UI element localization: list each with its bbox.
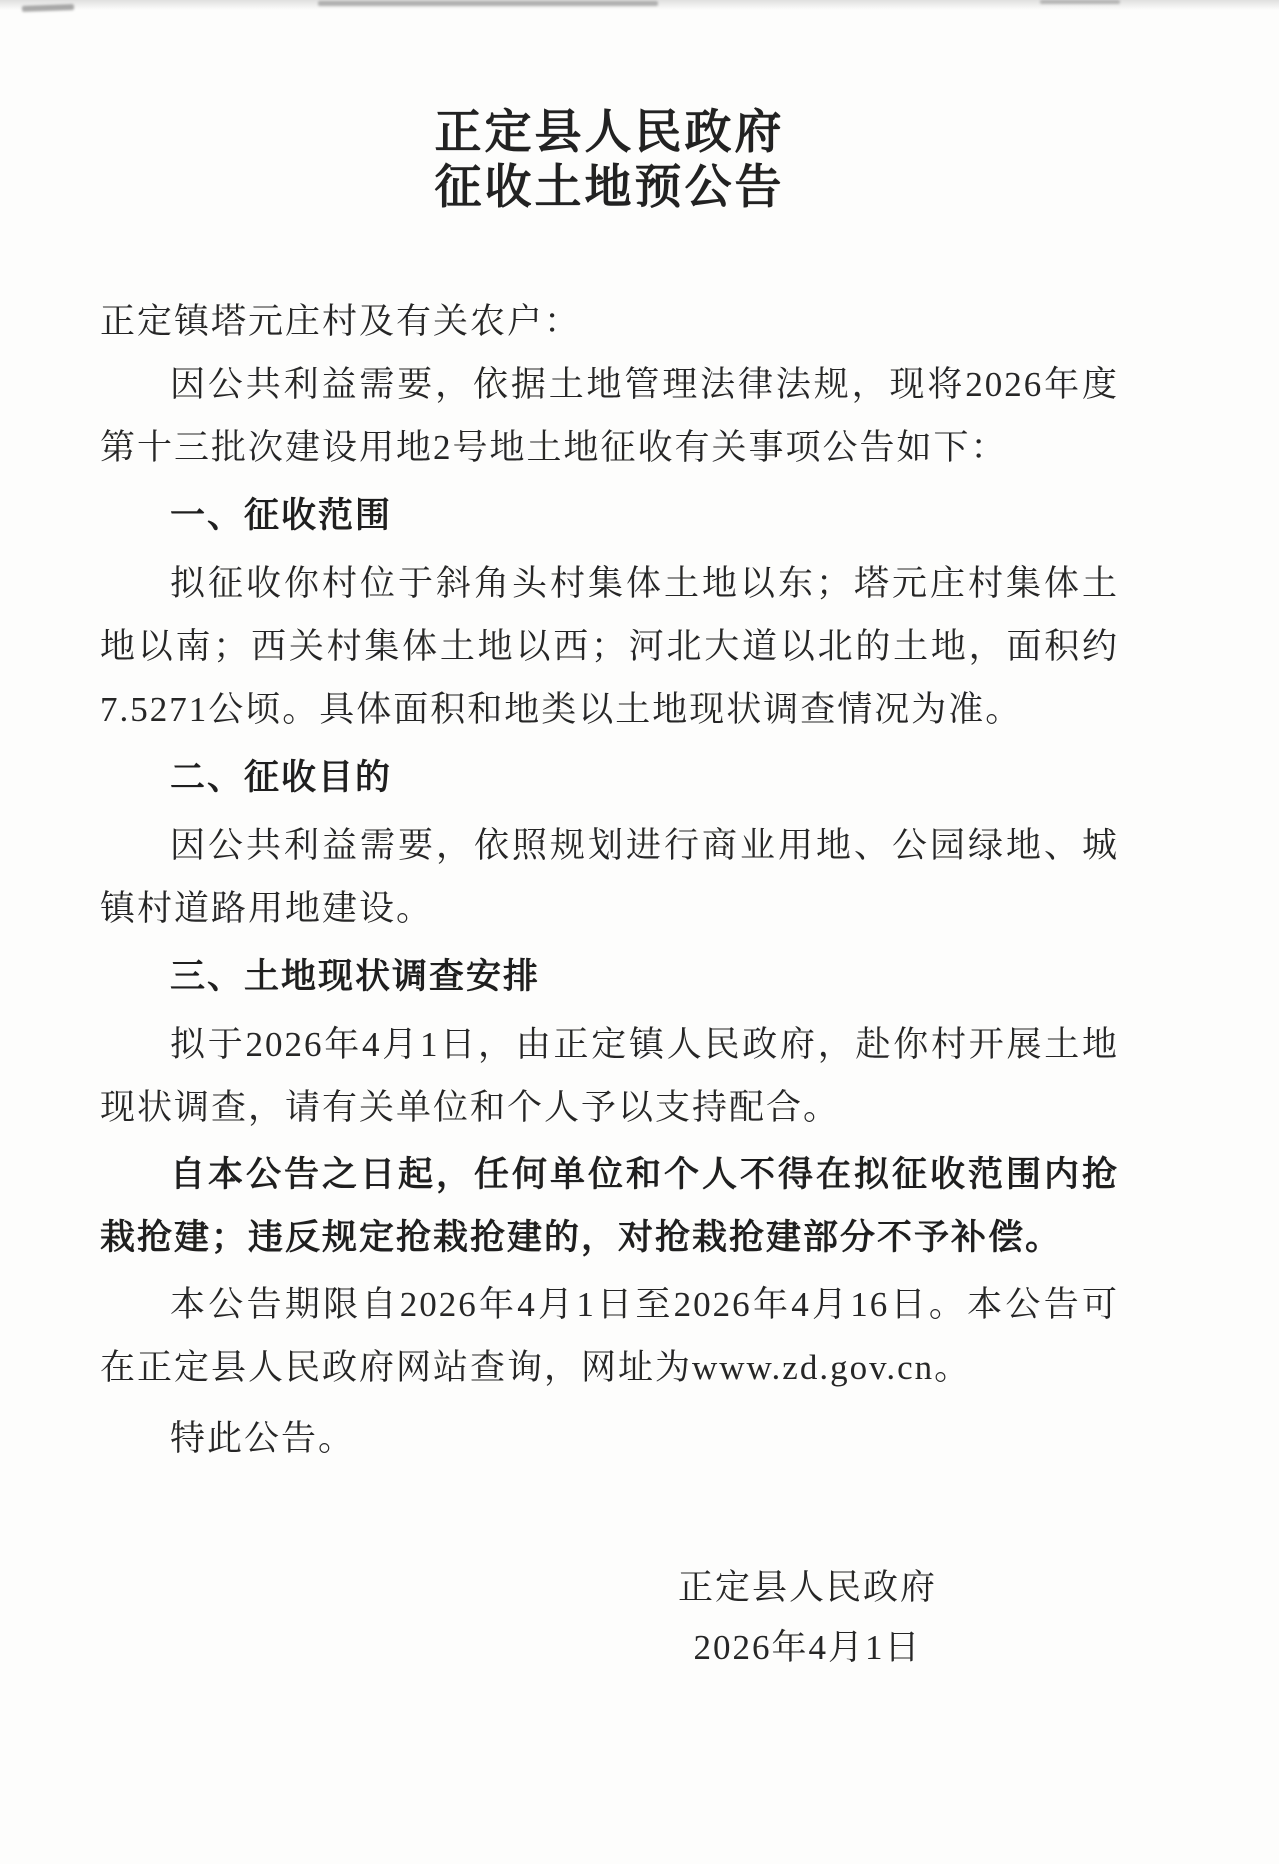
section-body-2: 因公共利益需要，依照规划进行商业用地、公园绿地、城镇村道路用地建设。 bbox=[100, 814, 1119, 940]
intro-paragraph: 因公共利益需要，依据土地管理法律法规，现将2026年度第十三批次建设用地2号地土… bbox=[100, 353, 1119, 479]
scanned-document-page: 正定县人民政府 征收土地预公告 正定镇塔元庄村及有关农户： 因公共利益需要，依据… bbox=[0, 0, 1279, 1864]
scan-artifact bbox=[318, 1, 658, 6]
closing-phrase: 特此公告。 bbox=[100, 1407, 1119, 1470]
signature-organization: 正定县人民政府 bbox=[678, 1558, 937, 1618]
validity-paragraph: 本公告期限自2026年4月1日至2026年4月16日。本公告可在正定县人民政府网… bbox=[100, 1273, 1119, 1399]
scan-artifact-band bbox=[0, 0, 1279, 10]
signature-date: 2026年4月1日 bbox=[678, 1618, 937, 1678]
signature-area: 正定县人民政府 2026年4月1日 bbox=[100, 1558, 1119, 1679]
document-title: 正定县人民政府 征收土地预公告 bbox=[100, 104, 1119, 214]
document-body: 正定镇塔元庄村及有关农户： 因公共利益需要，依据土地管理法律法规，现将2026年… bbox=[100, 290, 1119, 1679]
section-heading-2: 二、征收目的 bbox=[100, 746, 1119, 809]
section-heading-1: 一、征收范围 bbox=[100, 484, 1119, 547]
salutation: 正定镇塔元庄村及有关农户： bbox=[100, 290, 1119, 353]
signature-block: 正定县人民政府 2026年4月1日 bbox=[678, 1558, 937, 1678]
scan-artifact bbox=[22, 4, 74, 12]
title-line-1: 正定县人民政府 bbox=[100, 104, 1119, 159]
title-line-2: 征收土地预公告 bbox=[100, 159, 1119, 214]
scan-artifact bbox=[1040, 0, 1120, 4]
section-body-3: 拟于2026年4月1日，由正定镇人民政府，赴你村开展土地现状调查，请有关单位和个… bbox=[100, 1013, 1119, 1139]
warning-paragraph: 自本公告之日起，任何单位和个人不得在拟征收范围内抢栽抢建；违反规定抢栽抢建的，对… bbox=[100, 1143, 1119, 1269]
section-heading-3: 三、土地现状调查安排 bbox=[100, 945, 1119, 1008]
section-body-1: 拟征收你村位于斜角头村集体土地以东；塔元庄村集体土地以南；西关村集体土地以西；河… bbox=[100, 552, 1119, 741]
